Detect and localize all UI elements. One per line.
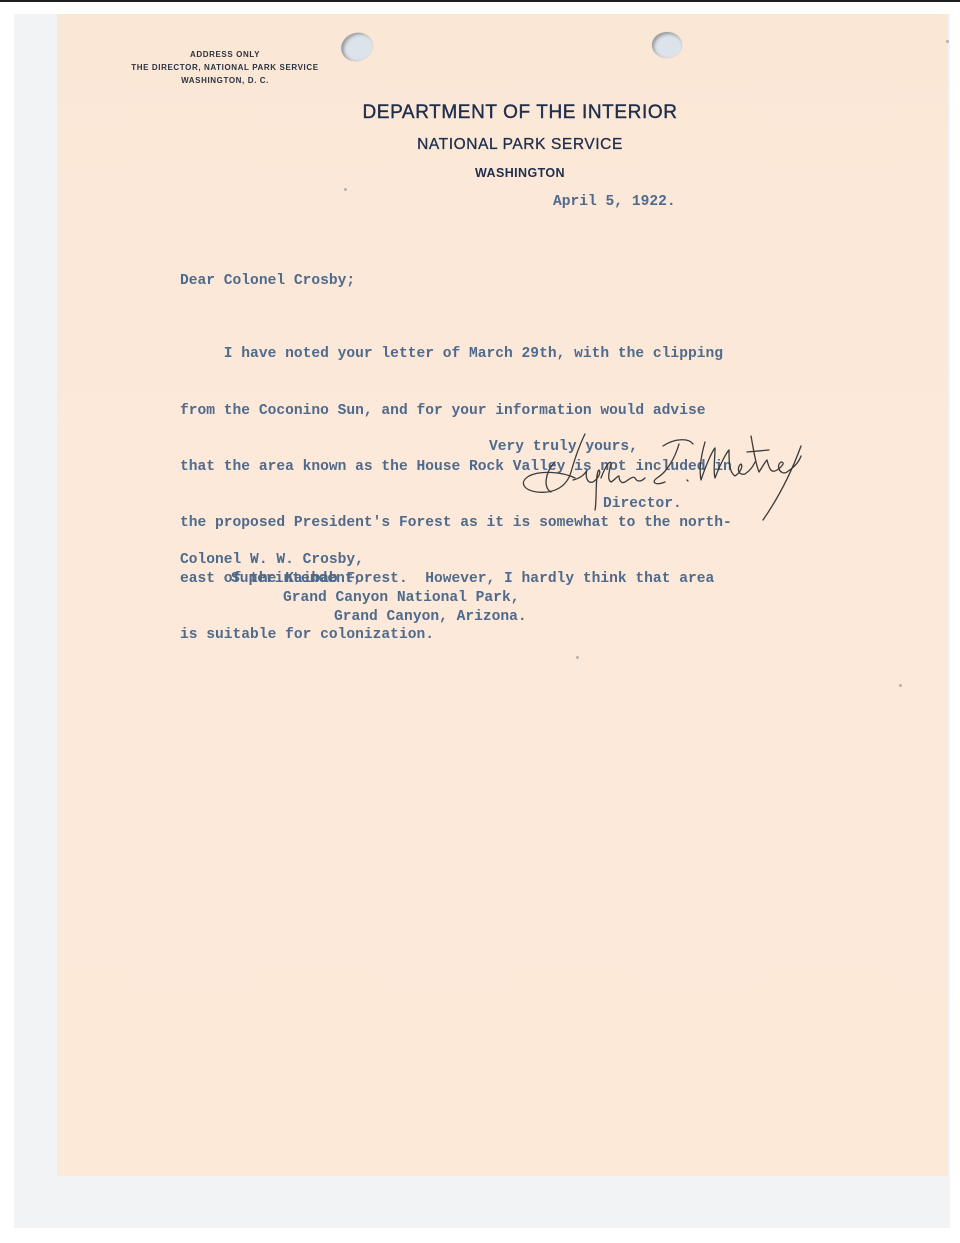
letterhead: DEPARTMENT OF THE INTERIOR NATIONAL PARK…	[300, 100, 740, 181]
letterhead-city: WASHINGTON	[300, 165, 740, 181]
body-line: I have noted your letter of March 29th, …	[180, 345, 732, 364]
return-address-line-3: WASHINGTON, D. C.	[100, 74, 350, 87]
return-address-line-2: THE DIRECTOR, NATIONAL PARK SERVICE	[100, 61, 350, 74]
paper-speck	[344, 188, 347, 191]
recipient-name: Colonel W. W. Crosby,	[180, 552, 364, 568]
letterhead-department: DEPARTMENT OF THE INTERIOR	[300, 100, 740, 126]
letter-date: April 5, 1922.	[553, 194, 676, 210]
paper-speck	[946, 40, 949, 43]
recipient-title: Superintendent,	[231, 571, 362, 587]
paper-speck	[899, 684, 902, 687]
return-address-line-1: ADDRESS ONLY	[100, 48, 350, 61]
body-line: from the Coconino Sun, and for your info…	[180, 402, 732, 421]
salutation: Dear Colonel Crosby;	[180, 273, 355, 289]
recipient-location: Grand Canyon, Arizona.	[334, 609, 527, 625]
letterhead-agency: NATIONAL PARK SERVICE	[300, 135, 740, 155]
return-address-block: ADDRESS ONLY THE DIRECTOR, NATIONAL PARK…	[100, 48, 350, 87]
body-line: is suitable for colonization.	[180, 626, 732, 645]
signer-title: Director.	[603, 496, 682, 512]
punch-hole-icon	[652, 32, 682, 58]
paper-speck	[576, 656, 579, 659]
recipient-organization: Grand Canyon National Park,	[283, 590, 519, 606]
window-top-edge	[0, 0, 960, 2]
